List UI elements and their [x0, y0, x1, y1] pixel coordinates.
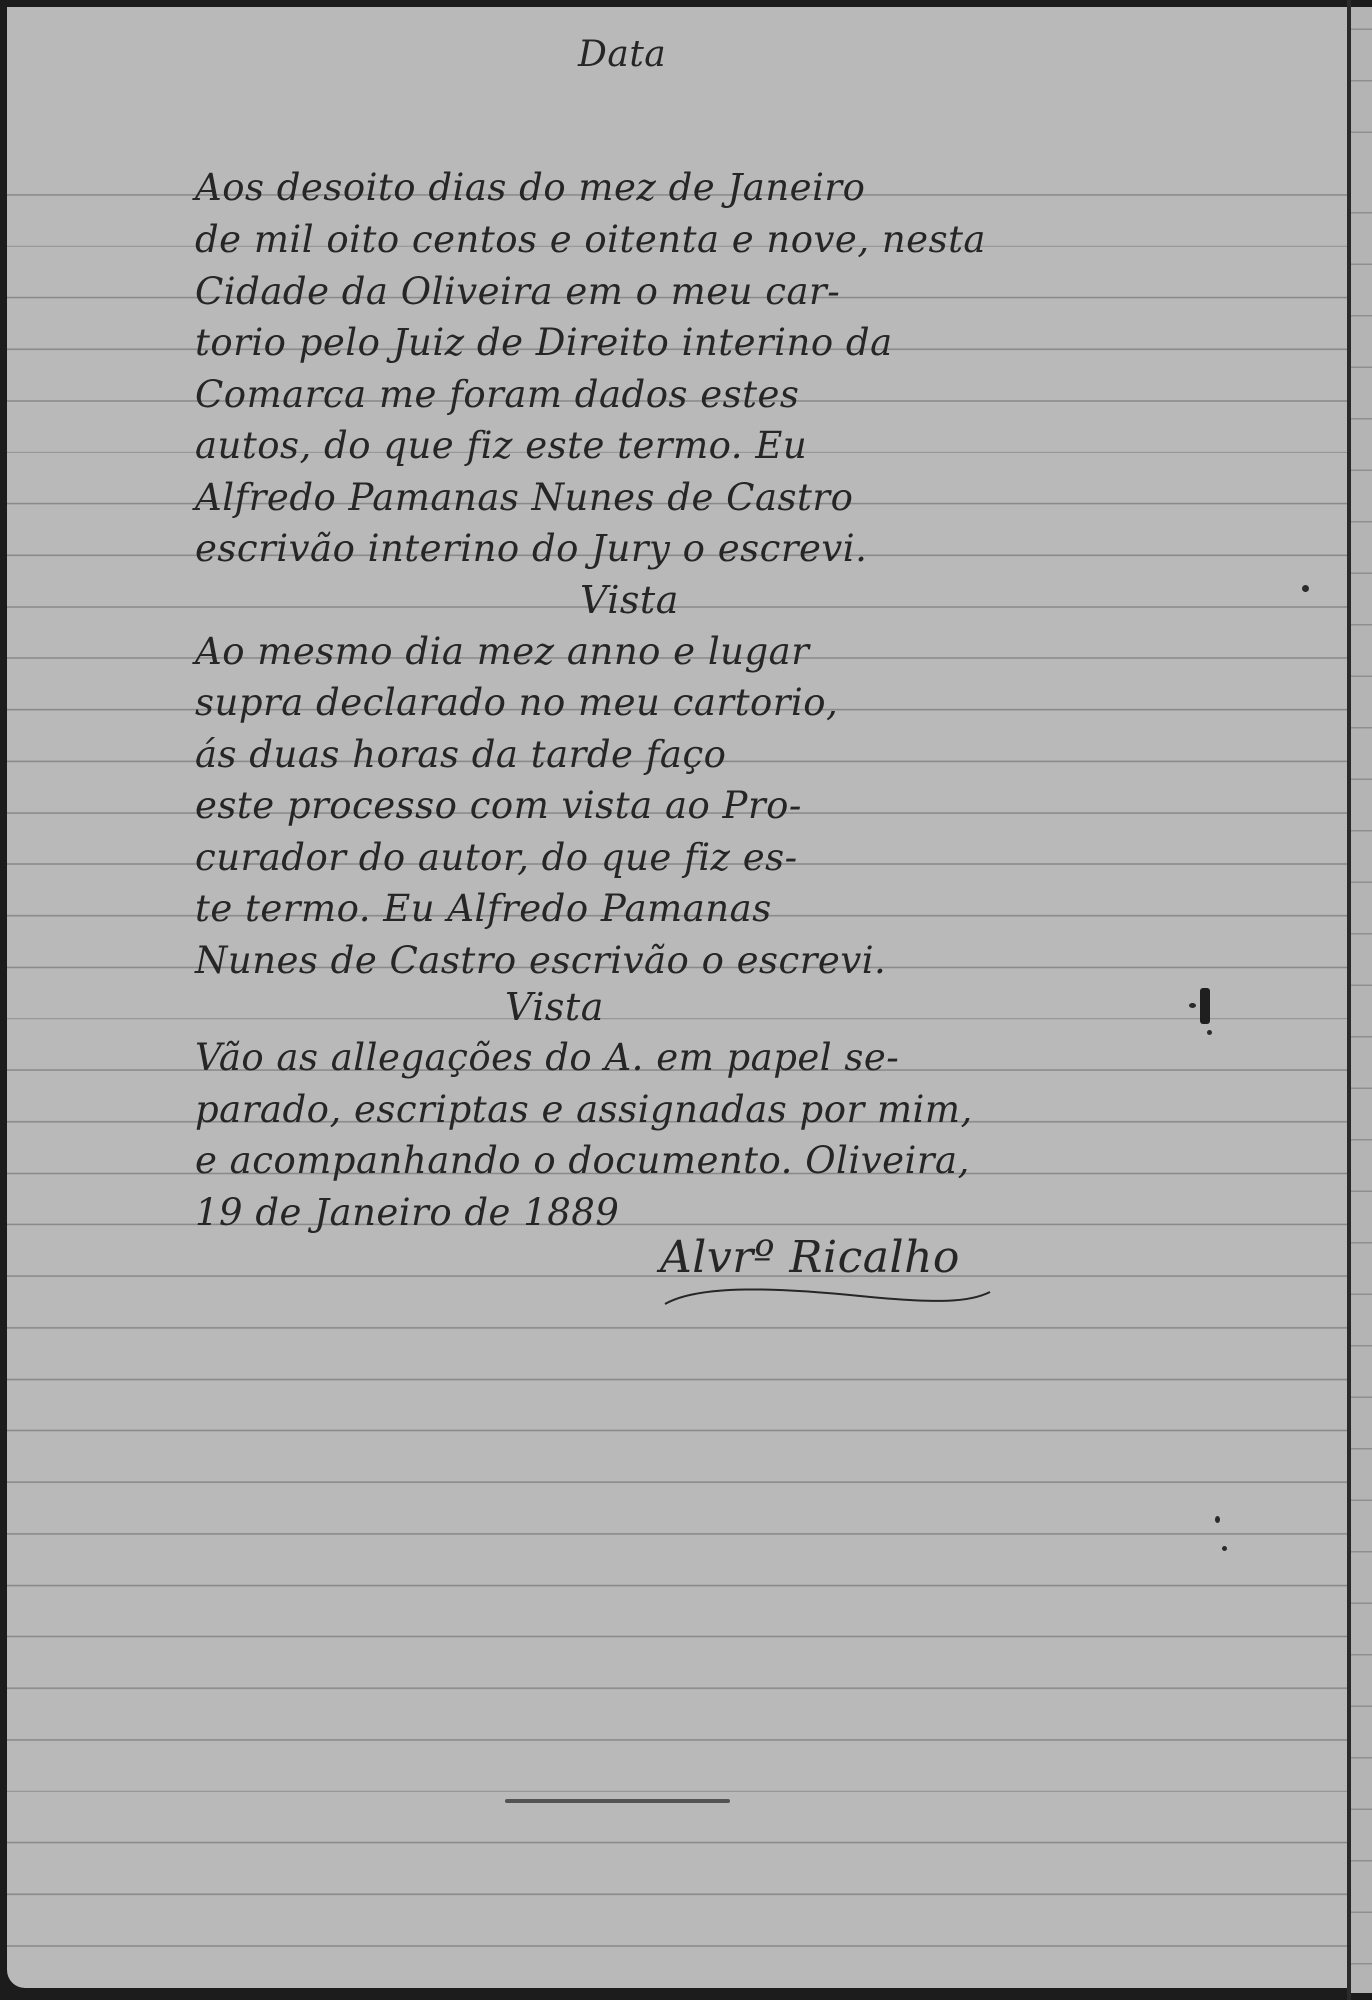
text-line: Alfredo Pamanas Nunes de Castro [195, 476, 853, 519]
text-line: torio pelo Juiz de Direito interino da [195, 321, 893, 364]
section-heading-vista: Vista [580, 578, 679, 622]
text-line: escrivão interino do Jury o escrevi. [195, 527, 867, 570]
text-line: e acompanhando o documento. Oliveira, [195, 1139, 970, 1182]
text-line: Nunes de Castro escrivão o escrevi. [195, 939, 886, 982]
text-line: ás duas horas da tarde faço [195, 733, 726, 776]
text-line: Cidade da Oliveira em o meu car- [195, 270, 840, 313]
signature: Alvrº Ricalho [660, 1232, 960, 1283]
text-line: Vão as allegações do A. em papel se- [195, 1036, 899, 1079]
text-line: supra declarado no meu cartorio, [195, 681, 838, 724]
text-line: te termo. Eu Alfredo Pamanas [195, 887, 772, 930]
ink-speck [1302, 585, 1309, 592]
ink-speck [1207, 1030, 1212, 1035]
end-rule-line [505, 1799, 730, 1803]
adjacent-page-strip [1351, 7, 1372, 1993]
ink-speck [1215, 1516, 1220, 1523]
text-line: Ao mesmo dia mez anno e lugar [195, 630, 809, 673]
text-line: 19 de Janeiro de 1889 [195, 1191, 619, 1234]
text-line: parado, escriptas e assignadas por mim, [195, 1088, 973, 1131]
text-line: de mil oito centos e oitenta e nove, nes… [195, 218, 986, 261]
page-title: Data [578, 34, 666, 75]
text-line: Aos desoito dias do mez de Janeiro [195, 166, 865, 209]
text-line: autos, do que fiz este termo. Eu [195, 424, 807, 467]
text-line: este processo com vista ao Pro- [195, 784, 802, 827]
text-line: curador do autor, do que fiz es- [195, 836, 798, 879]
ink-speck [1189, 1003, 1196, 1008]
ink-blot [1200, 988, 1210, 1024]
section-heading-vista: Vista [505, 985, 604, 1029]
text-line: Comarca me foram dados estes [195, 373, 799, 416]
signature-flourish-icon [660, 1282, 1000, 1312]
ink-speck [1222, 1546, 1227, 1551]
